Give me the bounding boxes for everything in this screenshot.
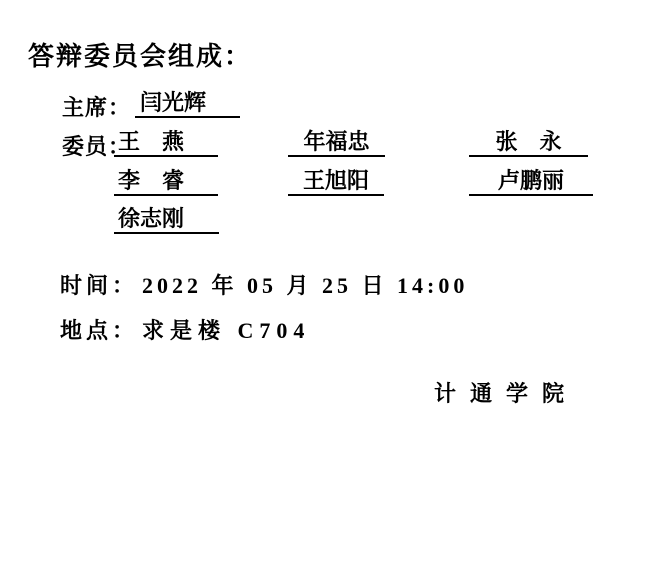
- member-name: 卢鹏丽: [469, 169, 593, 196]
- member-name: 李 睿: [114, 169, 218, 196]
- place-label: 地点：: [60, 318, 138, 343]
- chair-label: 主席：: [62, 91, 131, 122]
- time-line: 时间：2022 年 05 月 25 日 14:00: [60, 269, 468, 300]
- chair-name: 闫光辉: [135, 91, 240, 118]
- time-value: 2022 年 05 月 25 日 14:00: [142, 273, 468, 298]
- place-line: 地点：求是楼 C704: [60, 314, 310, 345]
- member-name: 年福忠: [288, 130, 385, 157]
- place-value: 求是楼 C704: [142, 318, 310, 343]
- page-title: 答辩委员会组成：: [28, 36, 252, 73]
- document-page: 答辩委员会组成： 主席： 闫光辉 委员： 王 燕 年福忠 张 永 李 睿 王旭阳…: [0, 0, 653, 566]
- signature-school-name: 计通学院: [434, 377, 578, 408]
- member-name: 王 燕: [114, 130, 218, 157]
- member-name: 张 永: [469, 130, 588, 157]
- member-name: 徐志刚: [114, 207, 219, 234]
- member-name: 王旭阳: [288, 169, 384, 196]
- time-label: 时间：: [60, 273, 138, 298]
